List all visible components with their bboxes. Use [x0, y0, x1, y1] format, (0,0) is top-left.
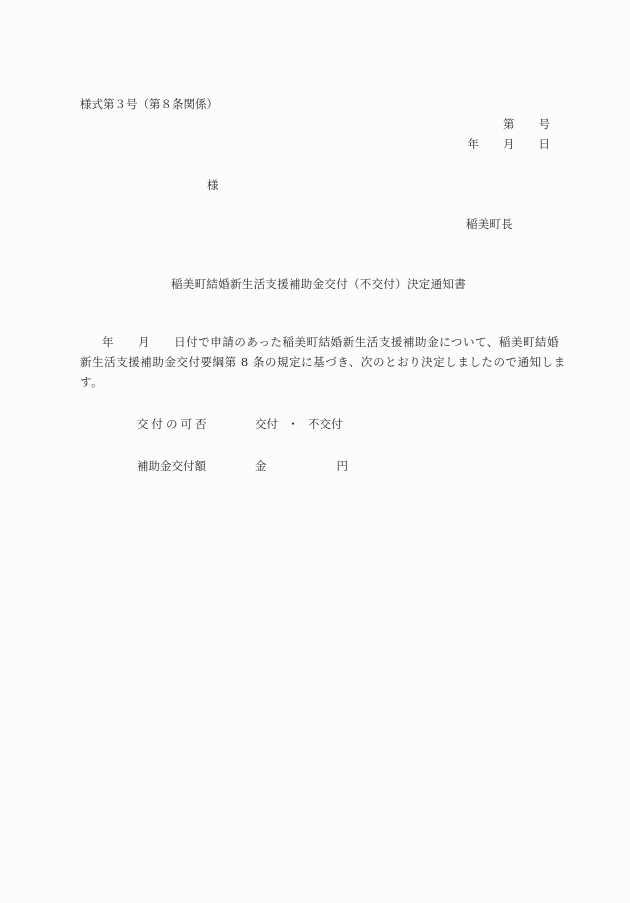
decision-label: 交付の可否	[137, 414, 255, 434]
body-line-2: 新生活支援補助金交付要綱第 8 条の規定に基づき、次のとおり決定しましたので通知…	[80, 352, 552, 372]
issue-date: 年月日	[468, 134, 551, 154]
reference-number: 第号	[503, 114, 550, 134]
body-line-1-rest: 日付で申請のあった稲美町結婚新生活支援補助金について、稲美町結婚	[174, 335, 559, 349]
decision-separator: ・	[278, 414, 308, 434]
amount-label: 補助金交付額	[137, 456, 255, 476]
amount-suffix: 円	[337, 459, 349, 473]
body-line-3: す。	[80, 372, 552, 392]
reference-prefix: 第	[503, 114, 515, 134]
reference-suffix: 号	[539, 114, 551, 134]
date-month-label: 月	[503, 137, 515, 151]
body-line-1: 年月日付で申請のあった稲美町結婚新生活支援補助金について、稲美町結婚	[80, 332, 552, 352]
body-month-label: 月	[138, 335, 150, 349]
body-year-label: 年	[102, 335, 114, 349]
decision-row: 交付の可否交付・不交付	[137, 414, 343, 434]
form-number: 様式第３号（第８条関係）	[80, 94, 218, 114]
document-title: 稲美町結婚新生活支援補助金交付（不交付）決定通知書	[171, 274, 466, 294]
decision-nongrant-option: 不交付	[308, 417, 343, 431]
amount-row: 補助金交付額金円	[137, 456, 348, 476]
recipient-honorific: 様	[207, 175, 219, 195]
date-day-label: 日	[539, 137, 551, 151]
date-year-label: 年	[468, 137, 480, 151]
amount-prefix: 金	[255, 459, 267, 473]
decision-grant-option: 交付	[255, 417, 278, 431]
issuer: 稲美町長	[466, 214, 513, 234]
body-paragraph: 年月日付で申請のあった稲美町結婚新生活支援補助金について、稲美町結婚 新生活支援…	[80, 332, 552, 392]
